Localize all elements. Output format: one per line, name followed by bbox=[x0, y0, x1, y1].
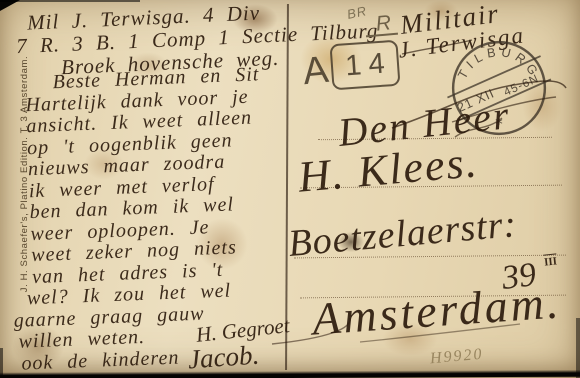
censor-number: 14 bbox=[337, 47, 392, 84]
postcard-back: J. H. Schaefer's, Platino Edition. T. 3 … bbox=[0, 0, 580, 378]
catalog-code: H9920 bbox=[429, 346, 484, 369]
address-city: Amsterdam. bbox=[310, 275, 562, 345]
message-signature: Jacob. bbox=[187, 340, 260, 376]
photo-edge-shadow bbox=[0, 0, 140, 2]
censor-box-stamp: 14 bbox=[329, 40, 400, 91]
photo-edge-shadow bbox=[0, 348, 3, 378]
address-name: H. Klees. bbox=[296, 136, 480, 203]
photo-edge-shadow bbox=[576, 318, 580, 378]
censor-letter: A bbox=[301, 49, 331, 94]
address-floor: III bbox=[543, 253, 557, 268]
